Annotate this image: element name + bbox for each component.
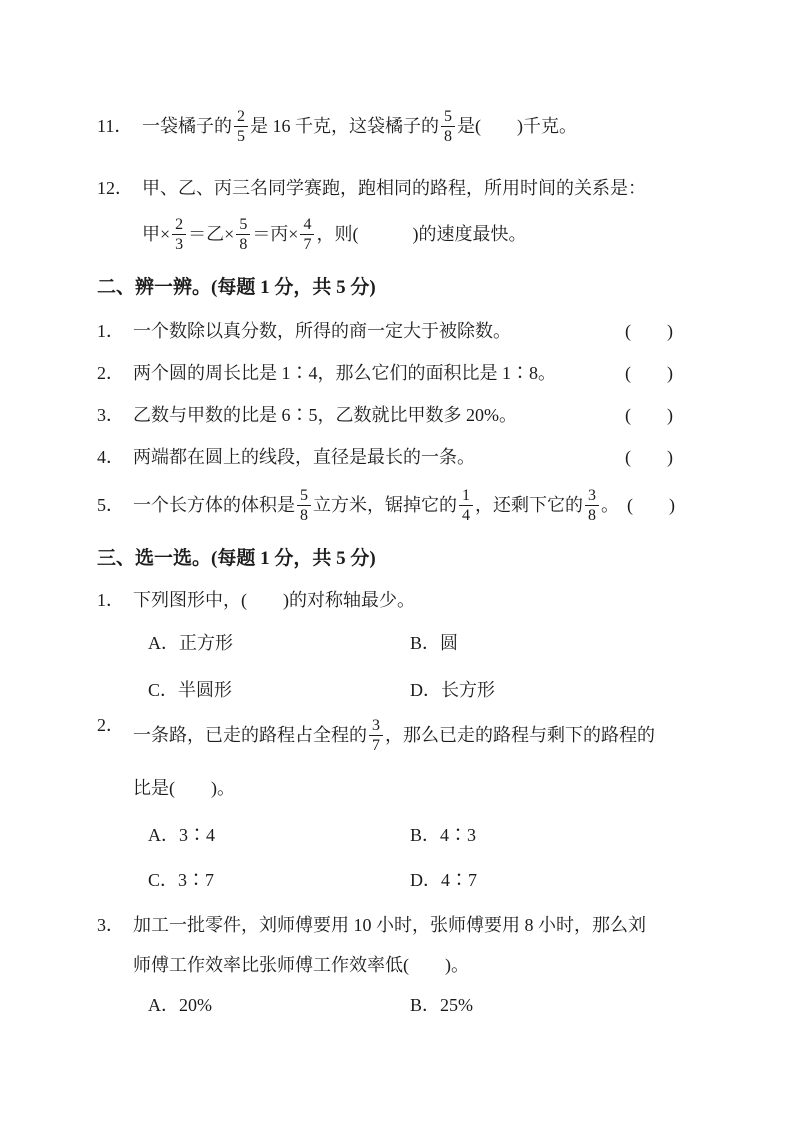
question-text: 一条路，已走的路程占全程的37，那么已走的路程与剩下的路程的 bbox=[133, 711, 697, 759]
options-row: C．3∶7 D．4∶7 bbox=[133, 866, 697, 894]
fraction-denominator: 3 bbox=[172, 234, 186, 254]
fraction: 37 bbox=[369, 716, 383, 755]
answer-parens: ( ) bbox=[625, 359, 697, 387]
exam-page: 11． 一袋橘子的25是 16 千克，这袋橘子的58是( )千克。 12． 甲、… bbox=[0, 0, 793, 1122]
option-b: B．25% bbox=[410, 991, 473, 1019]
fraction-denominator: 8 bbox=[297, 505, 311, 525]
tf-question-2: 2． 两个圆的周长比是 1∶4，那么它们的面积比是 1∶8。 ( ) bbox=[97, 359, 697, 387]
fraction: 23 bbox=[172, 215, 186, 254]
text-segment: 一条路，已走的路程占全程的 bbox=[133, 721, 367, 749]
question-text: 加工一批零件，刘师傅要用 10 小时，张师傅要用 8 小时，那么刘 bbox=[133, 911, 697, 939]
fill-in-question-11: 11． 一袋橘子的25是 16 千克，这袋橘子的58是( )千克。 bbox=[97, 102, 697, 150]
fraction: 25 bbox=[234, 107, 248, 146]
question-text: 乙数与甲数的比是 6∶5，乙数就比甲数多 20%。 bbox=[133, 401, 625, 429]
section-title-multiple-choice: 三、选一选。(每题 1 分，共 5 分) bbox=[97, 545, 697, 573]
options-row: A．3∶4 B．4∶3 bbox=[133, 821, 697, 849]
answer-parens: ( ) bbox=[627, 491, 697, 519]
fraction: 38 bbox=[585, 486, 599, 525]
options-row: C．半圆形 D．长方形 bbox=[133, 676, 697, 704]
fraction-numerator: 2 bbox=[234, 107, 248, 126]
fill-in-question-12: 12． 甲、乙、丙三名同学赛跑，跑相同的路程，所用时间的关系是： 甲×23＝乙×… bbox=[97, 174, 697, 258]
fraction-denominator: 8 bbox=[585, 505, 599, 525]
text-segment: ＝丙× bbox=[252, 220, 298, 248]
options-row: A．20% B．25% bbox=[133, 991, 697, 1019]
fraction-numerator: 2 bbox=[172, 215, 186, 234]
fraction: 47 bbox=[300, 215, 314, 254]
question-number: 1． bbox=[97, 586, 133, 614]
question-number: 11． bbox=[97, 112, 142, 140]
fraction: 14 bbox=[459, 486, 473, 525]
option-c: C．半圆形 bbox=[148, 676, 410, 704]
fraction: 58 bbox=[236, 215, 250, 254]
fraction-numerator: 5 bbox=[441, 107, 455, 126]
fraction-denominator: 7 bbox=[369, 735, 383, 755]
question-body: 一条路，已走的路程占全程的37，那么已走的路程与剩下的路程的 比是( )。 A．… bbox=[133, 711, 697, 894]
question-number: 5． bbox=[97, 491, 133, 519]
tf-question-3: 3． 乙数与甲数的比是 6∶5，乙数就比甲数多 20%。 ( ) bbox=[97, 401, 697, 429]
question-text-continued: 师傅工作效率比张师傅工作效率低( )。 bbox=[133, 951, 697, 979]
answer-parens: ( ) bbox=[625, 401, 697, 429]
option-b: B．4∶3 bbox=[410, 821, 476, 849]
question-body: 下列图形中，( )的对称轴最少。 A．正方形 B．圆 C．半圆形 D．长方形 bbox=[133, 586, 697, 704]
text-segment: 一袋橘子的 bbox=[142, 112, 232, 140]
question-text: 下列图形中，( )的对称轴最少。 bbox=[133, 586, 697, 614]
option-d: D．4∶7 bbox=[410, 866, 477, 894]
text-segment: ，则( )的速度最快。 bbox=[316, 220, 526, 248]
question-body: 加工一批零件，刘师傅要用 10 小时，张师傅要用 8 小时，那么刘 师傅工作效率… bbox=[133, 911, 697, 1019]
question-text: 一个数除以真分数，所得的商一定大于被除数。 bbox=[133, 317, 625, 345]
text-segment: 立方米，锯掉它的 bbox=[313, 491, 457, 519]
mc-question-2: 2． 一条路，已走的路程占全程的37，那么已走的路程与剩下的路程的 比是( )。… bbox=[97, 711, 697, 894]
question-number: 3． bbox=[97, 911, 133, 939]
text-segment: ，还剩下它的 bbox=[475, 491, 583, 519]
text-segment: 是 16 千克，这袋橘子的 bbox=[250, 112, 439, 140]
mc-question-1: 1． 下列图形中，( )的对称轴最少。 A．正方形 B．圆 C．半圆形 D．长方… bbox=[97, 586, 697, 704]
section-title-true-false: 二、辨一辨。(每题 1 分，共 5 分) bbox=[97, 274, 697, 302]
mc-question-3: 3． 加工一批零件，刘师傅要用 10 小时，张师傅要用 8 小时，那么刘 师傅工… bbox=[97, 911, 697, 1019]
fraction-denominator: 4 bbox=[459, 505, 473, 525]
tf-question-1: 1． 一个数除以真分数，所得的商一定大于被除数。 ( ) bbox=[97, 317, 697, 345]
question-number: 4． bbox=[97, 443, 133, 471]
fraction-numerator: 1 bbox=[459, 486, 473, 505]
text-segment: 甲× bbox=[142, 220, 170, 248]
question-body: 甲、乙、丙三名同学赛跑，跑相同的路程，所用时间的关系是： 甲×23＝乙×58＝丙… bbox=[142, 174, 697, 258]
text-segment: 一个长方体的体积是 bbox=[133, 491, 295, 519]
text-segment: ，那么已走的路程与剩下的路程的 bbox=[385, 721, 655, 749]
question-text: 两个圆的周长比是 1∶4，那么它们的面积比是 1∶8。 bbox=[133, 359, 625, 387]
question-number: 2． bbox=[97, 359, 133, 387]
text-segment: ＝乙× bbox=[188, 220, 234, 248]
option-a: A．正方形 bbox=[148, 629, 410, 657]
options-row: A．正方形 B．圆 bbox=[133, 629, 697, 657]
fraction-denominator: 7 bbox=[300, 234, 314, 254]
fraction-numerator: 3 bbox=[369, 716, 383, 735]
question-number: 2． bbox=[97, 711, 133, 739]
option-d: D．长方形 bbox=[410, 676, 495, 704]
fraction-denominator: 8 bbox=[236, 234, 250, 254]
option-c: C．3∶7 bbox=[148, 866, 410, 894]
fraction: 58 bbox=[441, 107, 455, 146]
fraction-numerator: 3 bbox=[585, 486, 599, 505]
fraction: 58 bbox=[297, 486, 311, 525]
fraction-numerator: 4 bbox=[300, 215, 314, 234]
question-text: 一个长方体的体积是58立方米，锯掉它的14，还剩下它的38。 bbox=[133, 481, 627, 529]
fraction-denominator: 5 bbox=[234, 126, 248, 146]
question-text: 两端都在圆上的线段，直径是最长的一条。 bbox=[133, 443, 625, 471]
question-number: 3． bbox=[97, 401, 133, 429]
question-text-continued: 比是( )。 bbox=[133, 774, 697, 802]
fraction-denominator: 8 bbox=[441, 126, 455, 146]
question-number: 12． bbox=[97, 174, 142, 202]
question-formula: 甲×23＝乙×58＝丙×47，则( )的速度最快。 bbox=[142, 210, 697, 258]
text-segment: 。 bbox=[601, 491, 619, 519]
text-segment: 是( )千克。 bbox=[457, 112, 577, 140]
option-a: A．20% bbox=[148, 991, 410, 1019]
fraction-numerator: 5 bbox=[297, 486, 311, 505]
answer-parens: ( ) bbox=[625, 443, 697, 471]
answer-parens: ( ) bbox=[625, 317, 697, 345]
fraction-numerator: 5 bbox=[236, 215, 250, 234]
question-number: 1． bbox=[97, 317, 133, 345]
question-text: 甲、乙、丙三名同学赛跑，跑相同的路程，所用时间的关系是： bbox=[142, 174, 697, 202]
tf-question-4: 4． 两端都在圆上的线段，直径是最长的一条。 ( ) bbox=[97, 443, 697, 471]
question-text: 一袋橘子的25是 16 千克，这袋橘子的58是( )千克。 bbox=[142, 102, 697, 150]
option-b: B．圆 bbox=[410, 629, 458, 657]
tf-question-5: 5． 一个长方体的体积是58立方米，锯掉它的14，还剩下它的38。 ( ) bbox=[97, 481, 697, 529]
option-a: A．3∶4 bbox=[148, 821, 410, 849]
